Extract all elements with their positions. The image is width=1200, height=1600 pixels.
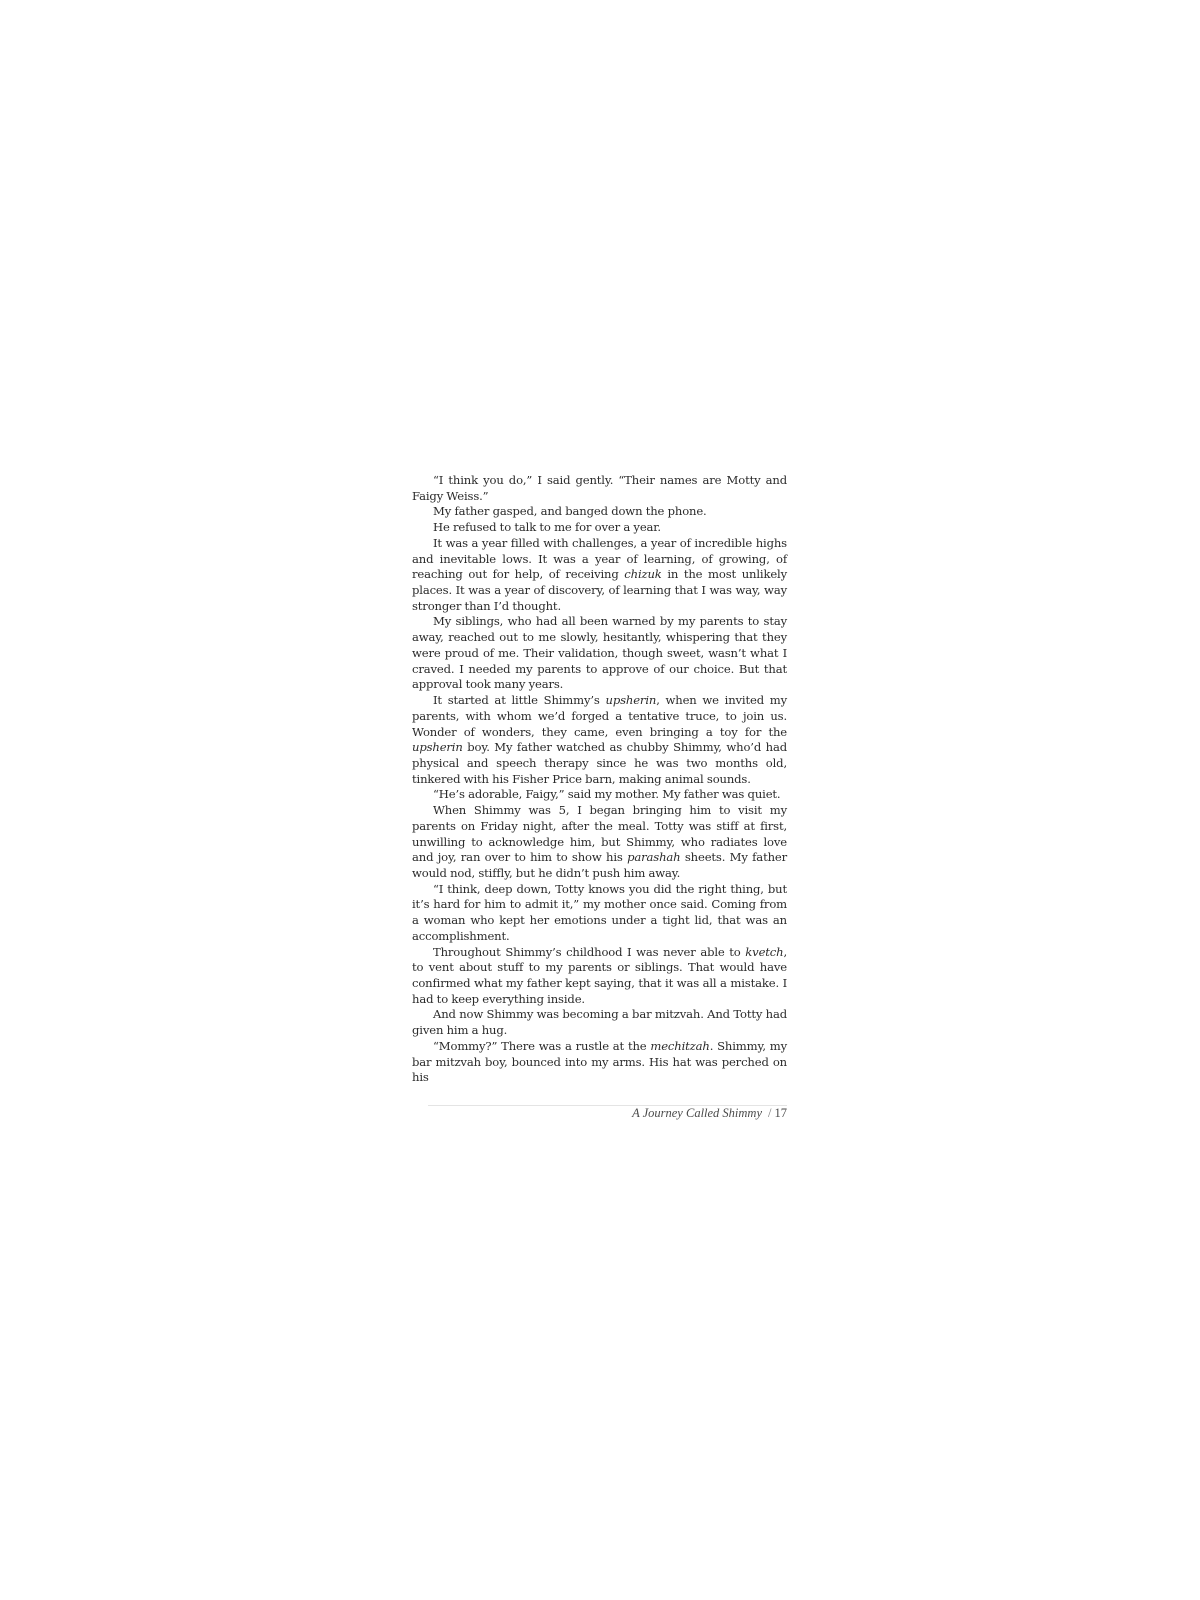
footer-separator: / <box>768 1106 771 1120</box>
text-run: Throughout Shimmy’s childhood I was neve… <box>433 945 745 959</box>
paragraph: My father gasped, and banged down the ph… <box>412 504 787 520</box>
paragraph: It started at little Shimmy’s upsherin, … <box>412 693 787 787</box>
paragraph: “He’s adorable, Faigy,” said my mother. … <box>412 787 787 803</box>
book-title: A Journey Called Shimmy <box>632 1106 762 1120</box>
italic-term: kvetch <box>745 945 783 959</box>
page-body: “I think you do,” I said gently. “Their … <box>412 473 787 1086</box>
italic-term: upsherin <box>412 740 463 754</box>
italic-term: mechitzah <box>650 1039 709 1053</box>
paragraph: When Shimmy was 5, I began bringing him … <box>412 803 787 882</box>
text-run: He refused to talk to me for over a year… <box>433 520 661 534</box>
text-run: My siblings, who had all been warned by … <box>412 614 787 691</box>
paragraph: “I think you do,” I said gently. “Their … <box>412 473 787 504</box>
italic-term: chizuk <box>624 567 661 581</box>
text-run: It started at little Shimmy’s <box>433 693 606 707</box>
text-run: “He’s adorable, Faigy,” said my mother. … <box>433 787 780 801</box>
text-run: boy. My father watched as chubby Shimmy,… <box>412 740 787 785</box>
italic-term: parashah <box>627 850 680 864</box>
paragraph: Throughout Shimmy’s childhood I was neve… <box>412 945 787 1008</box>
running-footer: A Journey Called Shimmy/17 <box>632 1106 787 1121</box>
paragraph: “Mommy?” There was a rustle at the mechi… <box>412 1039 787 1086</box>
paragraph: He refused to talk to me for over a year… <box>412 520 787 536</box>
text-run: “I think you do,” I said gently. “Their … <box>412 473 787 503</box>
text-run: “Mommy?” There was a rustle at the <box>433 1039 650 1053</box>
paragraph: My siblings, who had all been warned by … <box>412 614 787 693</box>
page-number: 17 <box>775 1106 788 1120</box>
italic-term: upsherin <box>606 693 657 707</box>
text-run: “I think, deep down, Totty knows you did… <box>412 882 787 943</box>
paragraph: “I think, deep down, Totty knows you did… <box>412 882 787 945</box>
paragraph: And now Shimmy was becoming a bar mitzva… <box>412 1007 787 1038</box>
text-run: My father gasped, and banged down the ph… <box>433 504 707 518</box>
text-run: And now Shimmy was becoming a bar mitzva… <box>412 1007 787 1037</box>
paragraph: It was a year filled with challenges, a … <box>412 536 787 615</box>
